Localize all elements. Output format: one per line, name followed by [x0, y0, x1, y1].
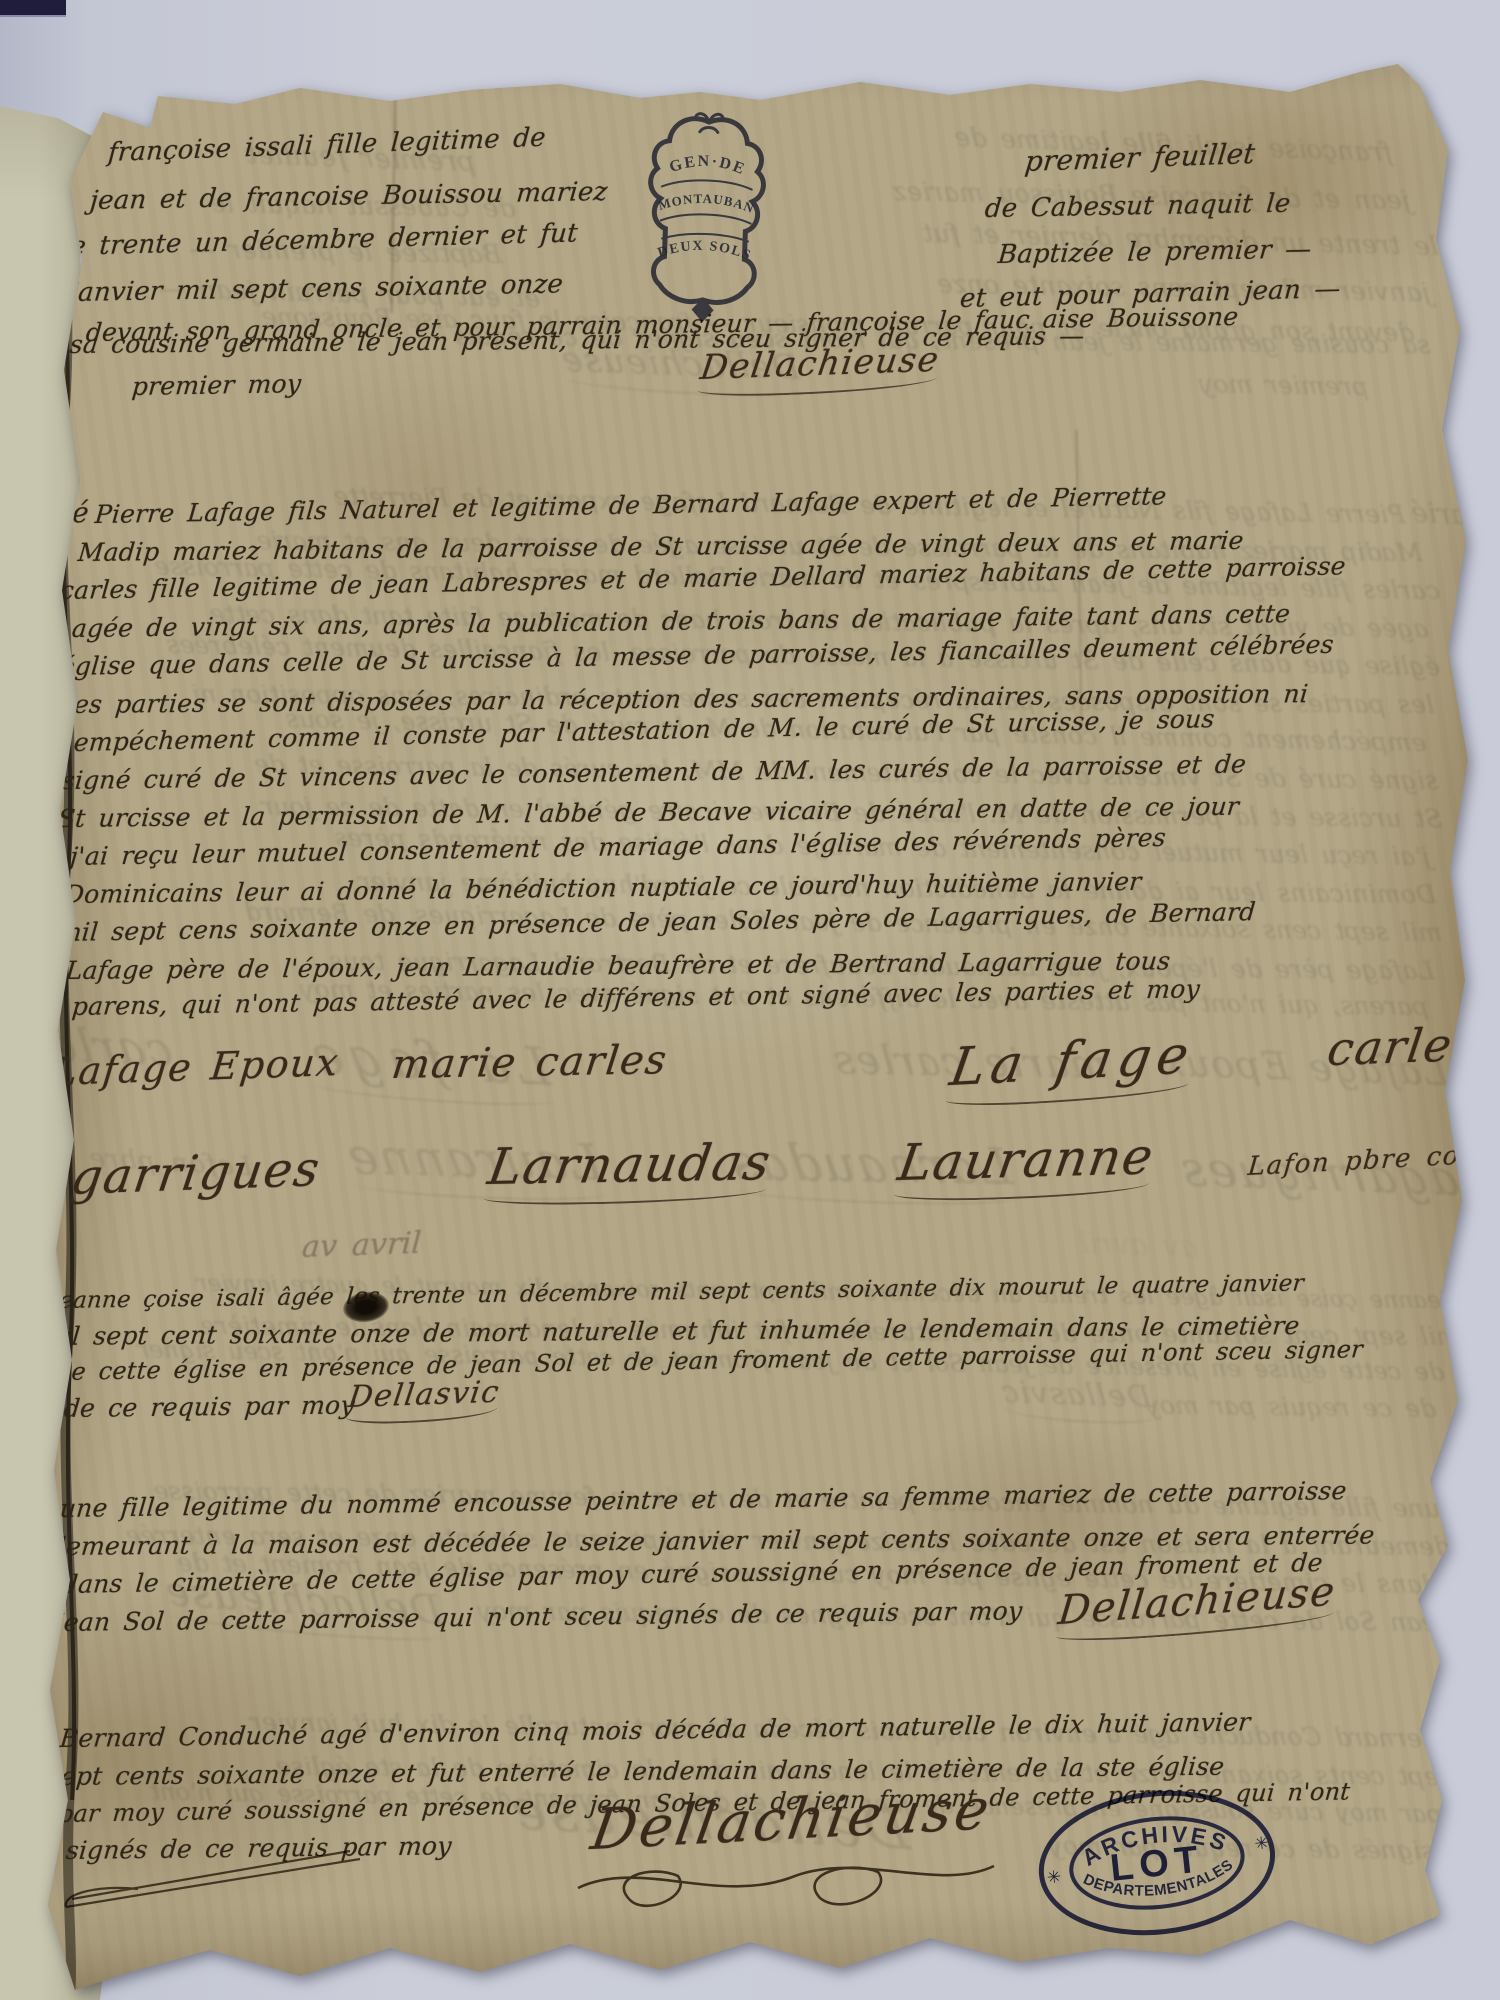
handwritten-line: mil sept cens soixante onze en présence … [57, 897, 1257, 947]
handwritten-line: de cette église en présence de jean Sol … [55, 1335, 1364, 1386]
stamp-inner-oval [1067, 1810, 1247, 1915]
handwritten-line: St urcisse et la permission de M. l'abbé… [260, 792, 1444, 833]
handwritten-line: janvier mil sept cens soixante onze [69, 269, 565, 308]
handwritten-line: carles fille legitime de jean Labrespres… [59, 551, 1347, 605]
handwritten-line: mil sept cent soixante onze de mort natu… [39, 1311, 1301, 1351]
handwritten-line: sa cousine germaine le jean present, qui… [69, 321, 1086, 359]
handwritten-line: église que dans celle de St urcisse à la… [59, 630, 1335, 681]
party-signature: marie carles [389, 1037, 670, 1088]
handwritten-line: sept cents soixante onze et fut enterré … [274, 1752, 1453, 1791]
party-signature: Larnaudas [725, 1133, 1018, 1206]
handwritten-line: par moy curé soussigné en présence de je… [57, 1777, 1352, 1828]
handwritten-line: carles fille legitime de jean Labrespres… [153, 551, 1441, 605]
paper-sheet-wrap: françoise issali fille legitime de jean … [0, 0, 1500, 2000]
handwritten-line: jean Sol de cette parroisse qui n'ont sc… [476, 1596, 1445, 1637]
handwritten-line: Lafage père de l'époux, jean Larnaudie b… [328, 946, 1435, 985]
faded-fragment: av avril [301, 1226, 423, 1265]
party-signature: La fage [301, 1025, 555, 1108]
signature-flourish [570, 1858, 1000, 1928]
svg-text:DEPARTEMENTALES: DEPARTEMENTALES [1079, 1855, 1238, 1907]
handwritten-line: une fille legitime du nommé encousse pei… [152, 1476, 1441, 1523]
party-signature: Lauranne [893, 1127, 1158, 1202]
handwritten-line: Pierre Lafage fils Naturel et legitime d… [94, 481, 1168, 529]
photographed-register-page: françoise issali fille legitime de jean … [0, 0, 1500, 2000]
handwritten-line: le trente un décembre dernier et fut [61, 218, 579, 262]
archives-stamp-left-mark: ✳ [1046, 1867, 1062, 1888]
priest-signature-large: Dellachieuse [504, 1777, 914, 1864]
party-signature: Lagarrigues [1176, 1141, 1496, 1208]
handwritten-line: une fille legitime du nommé encousse pei… [59, 1476, 1348, 1523]
handwritten-line: Baptizée le premier — [187, 235, 503, 271]
handwritten-line: mil sept cens soixante onze en présence … [243, 897, 1443, 947]
stamp-outer-oval [1034, 1782, 1279, 1943]
handwritten-line: Lafage père de l'époux, jean Larnaudie b… [65, 946, 1172, 985]
handwritten-line: les parties se sont disposées par la réc… [191, 679, 1436, 719]
handwritten-line: jean et de francoise Bouissou mariez [89, 177, 609, 216]
ink-blot [341, 1289, 391, 1325]
priest-signature: Dellachieuse [696, 340, 942, 399]
crevice-line-dark [63, 130, 75, 1800]
handwritten-line: agée de vingt six ans, après la publicat… [209, 599, 1430, 643]
margin-word: marié [5, 496, 90, 533]
svg-text:GEN·DE: GEN·DE [667, 151, 749, 178]
archives-lot-stamp: ARCHIVES DEPARTEMENTALES LOT ✳ ✳ [1025, 1773, 1290, 1953]
party-signature: La fage [944, 1025, 1198, 1108]
svg-text:ARCHIVES: ARCHIVES [1075, 1814, 1234, 1872]
priest-signature: Dellachieuse [1055, 1568, 1338, 1644]
stamp-top-ornament [695, 113, 724, 132]
handwritten-line: jean Sol de cette parroisse qui n'ont sc… [55, 1596, 1024, 1637]
handwritten-line: premier moy [1198, 369, 1370, 401]
handwritten-line: le trente un décembre dernier et fut [921, 218, 1439, 262]
priest-signature: Dellasvic [345, 1375, 502, 1426]
verso-bleedthrough-layer: françoise issali fille legitime de jean … [0, 0, 1500, 2000]
handwritten-line: devant son grand oncle et pour parrain m… [85, 302, 1240, 347]
flourish-stroke [578, 1866, 994, 1888]
stamp-band [660, 179, 752, 242]
tax-stamp-line1: GEN·DE [667, 151, 749, 178]
handwritten-line: signé curé de St vincens avec le consent… [61, 749, 1248, 795]
margin-word: marié [1410, 496, 1495, 533]
flourish-loop [624, 1872, 681, 1906]
handwritten-line: parens, qui n'ont pas attesté avec le di… [71, 974, 1202, 1021]
handwritten-line: dans le cimetière de cette église par mo… [61, 1548, 1324, 1599]
handwritten-line: j'ai reçu leur mutuel consentement de ma… [69, 823, 1167, 871]
handwritten-line: signé curé de St vincens avec le consent… [252, 749, 1439, 795]
tax-stamp-generalite-montauban: GEN·DE MONTAUBAN DEUX SOLS [641, 108, 770, 317]
handwriting-layer: françoise issali fille legitime de jean … [0, 0, 1500, 2000]
handwritten-line: de ce requis par moy [63, 1390, 356, 1423]
handwritten-line: j'ai reçu leur mutuel consentement de ma… [333, 823, 1431, 871]
paraph-flourish [60, 1845, 380, 1915]
binding-crevice-shadow [0, 0, 1500, 2000]
handwritten-line: premier feuillet [1023, 137, 1256, 178]
handwritten-line: demeurant à la maison est décédée le sei… [124, 1520, 1451, 1561]
handwritten-line: françoise issali fille legitime de [953, 123, 1393, 168]
handwritten-line: et eut pour parrain jean — [959, 274, 1342, 314]
handwritten-line: de Cabessut naquit le [208, 189, 516, 224]
party-signature: Lafage Epoux [1158, 1040, 1450, 1094]
handwritten-line: église que dans celle de St urcisse à la… [165, 630, 1441, 681]
party-signature: Lafon pbre comis [1247, 1138, 1500, 1182]
party-signature: Lagarrigues [4, 1141, 324, 1208]
handwritten-line: et eut pour parrain jean — [158, 274, 541, 314]
paper-crease [390, 88, 397, 313]
priest-signature: Dellachieuse [558, 340, 804, 399]
archives-stamp-center: LOT [1108, 1838, 1206, 1890]
handwritten-line: sept cents soixante onze et fut enterré … [47, 1752, 1226, 1791]
handwritten-line: de Cabessut naquit le [984, 189, 1292, 224]
handwritten-line: Madip mariez habitans de la parroisse de… [255, 526, 1423, 567]
handwritten-line: agée de vingt six ans, après la publicat… [71, 599, 1292, 643]
flourish-loop [815, 1868, 881, 1905]
handwritten-line: empéchement comme il conste par l'attest… [284, 704, 1427, 757]
svg-text:DEUX SOLS: DEUX SOLS [656, 237, 754, 264]
handwritten-line: Baptizée le premier — [997, 235, 1313, 271]
handwritten-line: jeanne çoise isali âgée les trente un dé… [51, 1271, 1305, 1315]
party-signature: Lafage Epoux [50, 1040, 342, 1094]
handwritten-line: jean et de francoise Bouissou mariez [891, 177, 1411, 216]
crevice-line [61, 118, 73, 1995]
svg-text:MONTAUBAN: MONTAUBAN [656, 189, 757, 216]
handwritten-line: Madip mariez habitans de la parroisse de… [77, 526, 1245, 567]
handwritten-line: premier moy [131, 369, 303, 401]
paraph-stroke [66, 1851, 360, 1907]
handwritten-line: premier feuillet [243, 137, 476, 178]
handwritten-line: Dominicains leur ai donné la bénédiction… [63, 867, 1143, 909]
handwritten-line: jeanne çoise isali âgée les trente un dé… [195, 1271, 1449, 1315]
handwritten-line: Bernard Conduché agé d'environ cinq mois… [59, 1707, 1252, 1753]
handwritten-line: empéchement comme il conste par l'attest… [73, 704, 1216, 757]
handwritten-line: dans le cimetière de cette église par mo… [176, 1548, 1439, 1599]
handwritten-line: janvier mil sept cens soixante onze [936, 269, 1432, 308]
paper-crease [1075, 430, 1082, 730]
stamp-cartouche-border [647, 117, 766, 304]
tax-stamp-line2: MONTAUBAN [656, 189, 757, 216]
priest-signature: Dellasvic [998, 1375, 1155, 1426]
priest-signature: Dellachieuse [162, 1568, 445, 1644]
stamp-bottom-diamond [693, 300, 712, 321]
handwritten-line: par moy curé soussigné en présence de je… [149, 1777, 1444, 1828]
archives-stamp-bottom: DEPARTEMENTALES [1079, 1855, 1238, 1907]
faded-fragment: av avril [1078, 1226, 1200, 1265]
handwritten-line: devant son grand oncle et pour parrain m… [260, 302, 1415, 347]
party-signature: marie carles [830, 1037, 1111, 1088]
tax-stamp-line3: DEUX SOLS [656, 237, 754, 264]
handwritten-line: françoise issali fille legitime de [107, 123, 547, 168]
handwritten-line: Pierre Lafage fils Naturel et legitime d… [332, 481, 1406, 529]
handwritten-line: Dominicains leur ai donné la bénédiction… [357, 867, 1437, 909]
handwritten-line: parens, qui n'ont pas attesté avec le di… [299, 974, 1430, 1021]
handwritten-line: Bernard Conduché agé d'environ cinq mois… [248, 1707, 1441, 1753]
handwritten-line: de ce requis par moy [1144, 1390, 1437, 1423]
priest-signature-large: Dellachieuse [587, 1777, 997, 1864]
handwritten-line: sa cousine germaine le jean present, qui… [414, 321, 1431, 359]
party-signature: Lauranne [342, 1127, 607, 1202]
archives-stamp-top: ARCHIVES [1075, 1814, 1234, 1872]
party-signature: carles [1324, 1017, 1481, 1077]
party-signature: Lafon pbre comis [0, 1138, 253, 1182]
archives-stamp-right-mark: ✳ [1254, 1833, 1270, 1854]
handwritten-line: mil sept cent soixante onze de mort natu… [199, 1311, 1461, 1351]
party-signature: Larnaudas [483, 1133, 776, 1206]
handwritten-line: signés de ce requis par moy [65, 1831, 453, 1865]
handwritten-line: St urcisse et la permission de M. l'abbé… [57, 792, 1241, 833]
paper-sheet: françoise issali fille legitime de jean … [0, 0, 1500, 2000]
handwritten-line: demeurant à la maison est décédée le sei… [49, 1520, 1376, 1561]
handwritten-line: de cette église en présence de jean Sol … [136, 1335, 1445, 1386]
handwritten-line: les parties se sont disposées par la réc… [65, 679, 1310, 719]
handwritten-line: signés de ce requis par moy [1047, 1831, 1435, 1865]
party-signature: carles [19, 1017, 176, 1077]
